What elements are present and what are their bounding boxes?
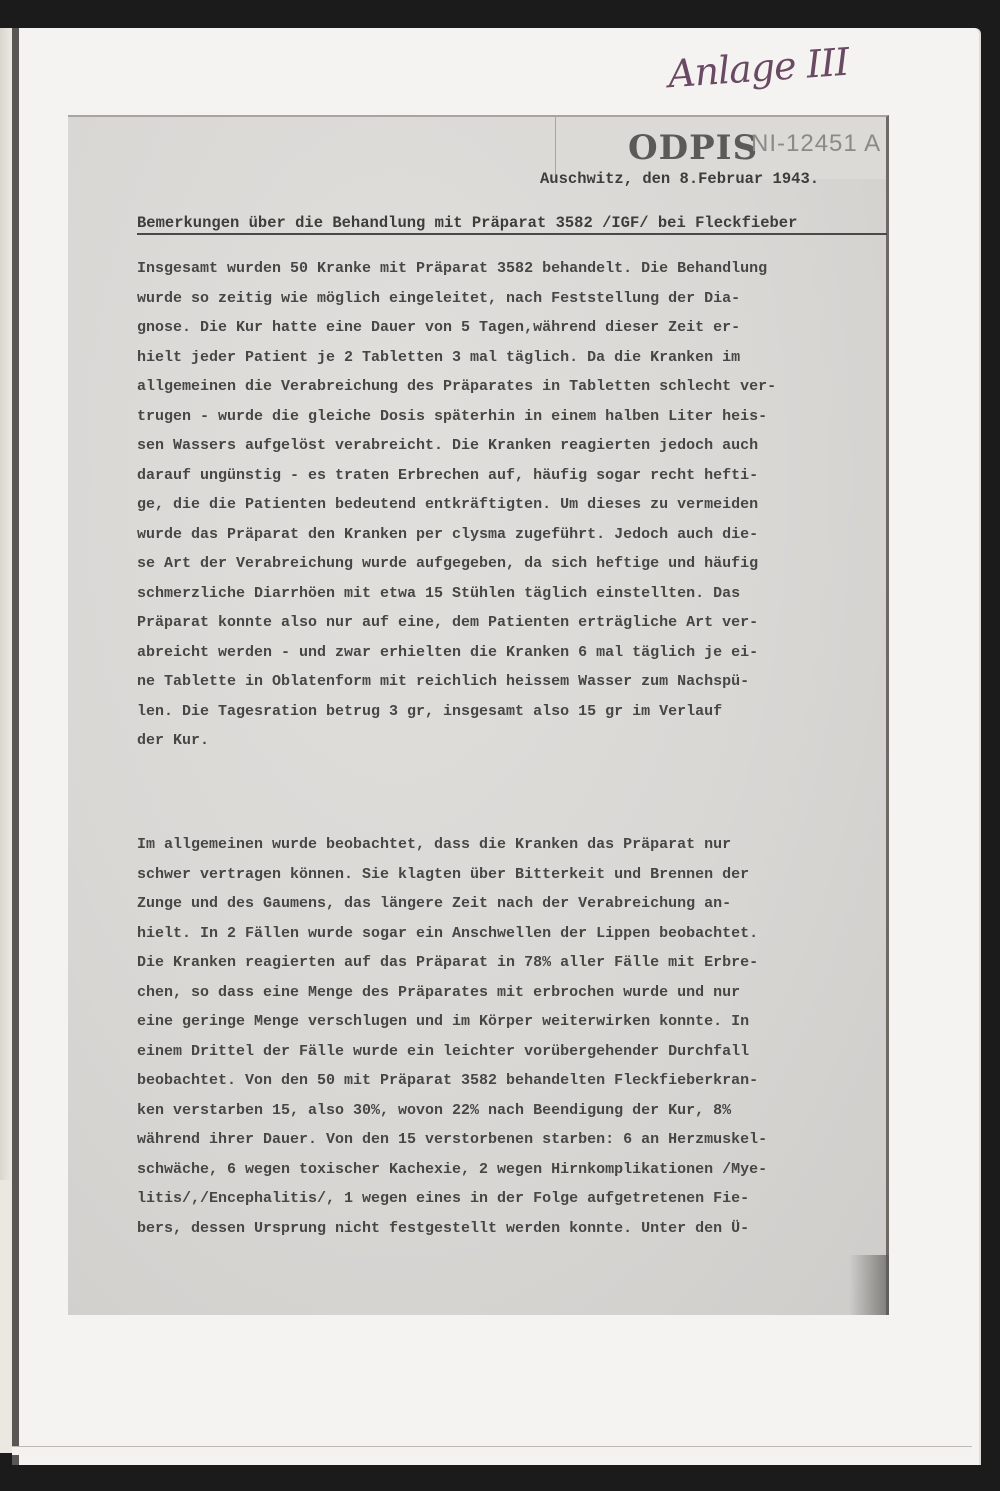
text-line: allgemeinen die Verabreichung des Präpar…	[137, 372, 882, 402]
text-line: chen, so dass eine Menge des Präparates …	[137, 978, 882, 1008]
text-line: der Kur.	[137, 726, 882, 756]
text-line: bers, dessen Ursprung nicht festgestellt…	[137, 1214, 882, 1244]
text-line: se Art der Verabreichung wurde aufgegebe…	[137, 549, 882, 579]
text-line: während ihrer Dauer. Von den 15 verstorb…	[137, 1125, 882, 1155]
text-line: gnose. Die Kur hatte eine Dauer von 5 Ta…	[137, 313, 882, 343]
text-line: schmerzliche Diarrhöen mit etwa 15 Stühl…	[137, 579, 882, 609]
text-line: ne Tablette in Oblatenform mit reichlich…	[137, 667, 882, 697]
odpis-stamp: ODPIS	[628, 128, 758, 168]
text-line: Die Kranken reagierten auf das Präparat …	[137, 948, 882, 978]
text-line: schwer vertragen können. Sie klagten übe…	[137, 860, 882, 890]
text-line: Insgesamt wurden 50 Kranke mit Präparat …	[137, 254, 882, 284]
paragraph-1: Insgesamt wurden 50 Kranke mit Präparat …	[137, 254, 882, 756]
sheet-bottom-edge	[12, 1446, 972, 1455]
text-line: wurde das Präparat den Kranken per clysm…	[137, 520, 882, 550]
document-heading: Bemerkungen über die Behandlung mit Präp…	[137, 214, 887, 235]
text-line: litis/,/Encephalitis/, 1 wegen eines in …	[137, 1184, 882, 1214]
text-line: Zunge und des Gaumens, das längere Zeit …	[137, 889, 882, 919]
underlying-page-edge-lower	[0, 1180, 12, 1453]
dateline: Auschwitz, den 8.Februar 1943.	[540, 170, 819, 188]
text-line: hielt. In 2 Fällen wurde sogar ein Ansch…	[137, 919, 882, 949]
text-line: beobachtet. Von den 50 mit Präparat 3582…	[137, 1066, 882, 1096]
paragraph-2: Im allgemeinen wurde beobachtet, dass di…	[137, 830, 882, 1243]
text-line: sen Wassers aufgelöst verabreicht. Die K…	[137, 431, 882, 461]
text-line: Im allgemeinen wurde beobachtet, dass di…	[137, 830, 882, 860]
text-line: ken verstarben 15, also 30%, wovon 22% n…	[137, 1096, 882, 1126]
text-line: Präparat konnte also nur auf eine, dem P…	[137, 608, 882, 638]
text-line: len. Die Tagesration betrug 3 gr, insges…	[137, 697, 882, 727]
copy-shadow	[849, 1255, 889, 1315]
text-line: trugen - wurde die gleiche Dosis späterh…	[137, 402, 882, 432]
text-line: wurde so zeitig wie möglich eingeleitet,…	[137, 284, 882, 314]
text-line: abreicht werden - und zwar erhielten die…	[137, 638, 882, 668]
text-line: eine geringe Menge verschlugen und im Kö…	[137, 1007, 882, 1037]
text-line: ge, die die Patienten bedeutend entkräft…	[137, 490, 882, 520]
stamp-reference-number: NI-12451 A	[751, 130, 881, 158]
text-line: einem Drittel der Fälle wurde ein leicht…	[137, 1037, 882, 1067]
text-line: darauf ungünstig - es traten Erbrechen a…	[137, 461, 882, 491]
text-line: schwäche, 6 wegen toxischer Kachexie, 2 …	[137, 1155, 882, 1185]
text-line: hielt jeder Patient je 2 Tabletten 3 mal…	[137, 343, 882, 373]
